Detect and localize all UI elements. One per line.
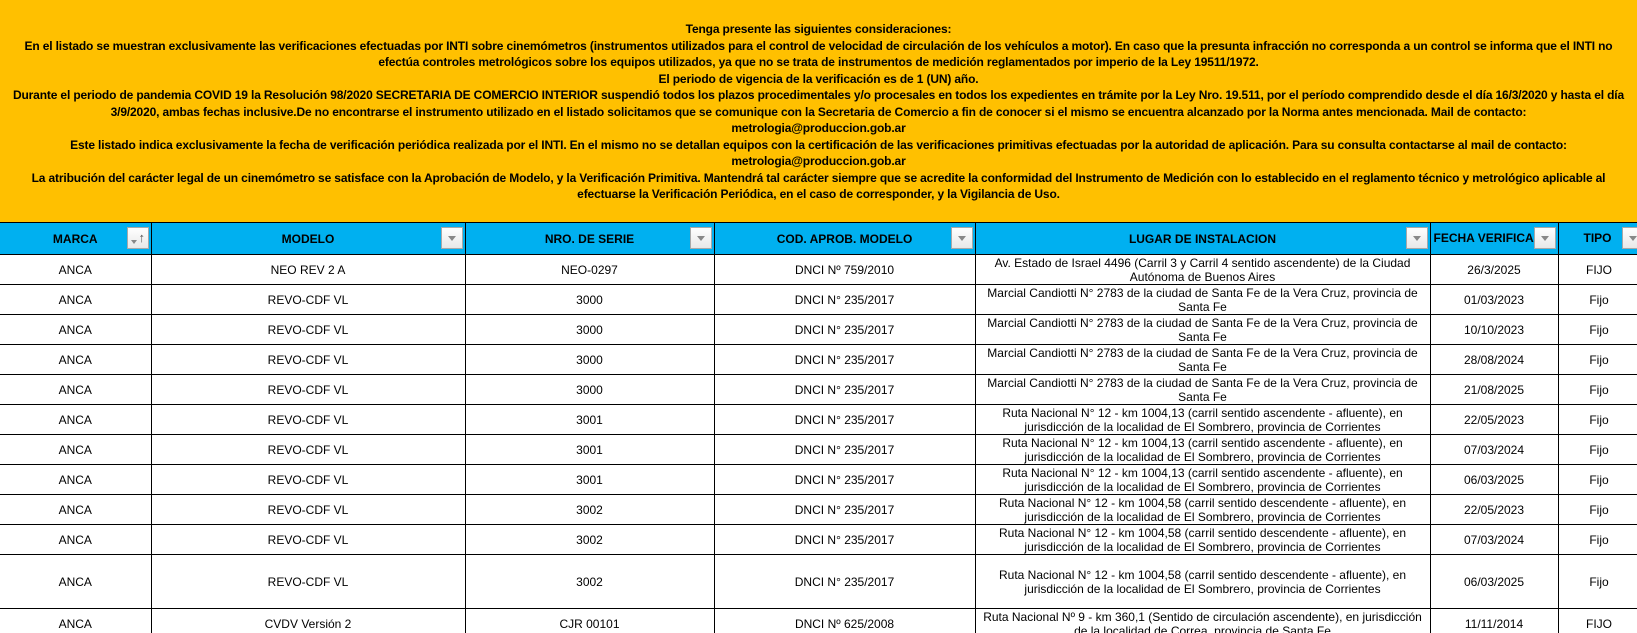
dropdown-arrow-icon (697, 236, 705, 241)
cell-fecha[interactable]: 21/08/2025 (1430, 375, 1558, 405)
cell-nro-serie[interactable]: 3000 (465, 375, 714, 405)
cell-lugar[interactable]: Ruta Nacional N° 12 - km 1004,58 (carril… (975, 555, 1430, 609)
notice-title: Tenga presente las siguientes considerac… (0, 21, 1637, 38)
filter-button-nro-serie[interactable] (690, 227, 712, 249)
cell-tipo[interactable]: Fijo (1558, 495, 1637, 525)
table-row[interactable]: ANCAREVO-CDF VL3000DNCI N° 235/2017Marci… (0, 285, 1637, 315)
cell-cod-aprob[interactable]: DNCI Nº 759/2010 (714, 255, 975, 285)
cell-tipo[interactable]: Fijo (1558, 555, 1637, 609)
cell-lugar[interactable]: Ruta Nacional Nº 9 - km 360,1 (Sentido d… (975, 609, 1430, 633)
cell-cod-aprob[interactable]: DNCI Nº 625/2008 (714, 609, 975, 633)
cell-nro-serie[interactable]: 3002 (465, 525, 714, 555)
verifications-table: MARCA ↑ MODELO NRO. DE SERIE COD. APROB.… (0, 222, 1637, 633)
notice-scope-text: En el listado se muestran exclusivamente… (0, 38, 1637, 71)
header-row: MARCA ↑ MODELO NRO. DE SERIE COD. APROB.… (0, 223, 1637, 255)
filter-button-tipo[interactable] (1622, 227, 1637, 249)
table-row[interactable]: ANCAREVO-CDF VL3001DNCI N° 235/2017Ruta … (0, 405, 1637, 435)
cell-fecha[interactable]: 28/08/2024 (1430, 345, 1558, 375)
cell-fecha[interactable]: 10/10/2023 (1430, 315, 1558, 345)
notice-validity-text: El periodo de vigencia de la verificació… (0, 71, 1637, 88)
cell-nro-serie[interactable]: NEO-0297 (465, 255, 714, 285)
filter-button-fecha[interactable] (1534, 227, 1556, 249)
table-row[interactable]: ANCANEO REV 2 ANEO-0297DNCI Nº 759/2010A… (0, 255, 1637, 285)
cell-nro-serie[interactable]: 3002 (465, 495, 714, 525)
cell-modelo[interactable]: REVO-CDF VL (151, 465, 465, 495)
cell-marca[interactable]: ANCA (0, 555, 151, 609)
cell-cod-aprob[interactable]: DNCI N° 235/2017 (714, 405, 975, 435)
cell-marca[interactable]: ANCA (0, 609, 151, 633)
table-row[interactable]: ANCACVDV Versión 2CJR 00101DNCI Nº 625/2… (0, 609, 1637, 633)
cell-nro-serie[interactable]: 3001 (465, 465, 714, 495)
table-row[interactable]: ANCAREVO-CDF VL3002DNCI N° 235/2017Ruta … (0, 525, 1637, 555)
notice-legal-text: La atribución del carácter legal de un c… (0, 170, 1637, 203)
cell-tipo[interactable]: FIJO (1558, 255, 1637, 285)
cell-modelo[interactable]: REVO-CDF VL (151, 375, 465, 405)
cell-marca[interactable]: ANCA (0, 375, 151, 405)
column-header-fecha[interactable]: FECHA VERIFICAC (1430, 223, 1558, 255)
column-header-cod-aprob[interactable]: COD. APROB. MODELO (714, 223, 975, 255)
dropdown-arrow-icon (1413, 236, 1421, 241)
sort-filter-button-marca[interactable]: ↑ (127, 227, 149, 249)
filter-button-cod-aprob[interactable] (951, 227, 973, 249)
cell-tipo[interactable]: Fijo (1558, 525, 1637, 555)
cell-modelo[interactable]: REVO-CDF VL (151, 345, 465, 375)
header-label: NRO. DE SERIE (545, 232, 634, 246)
cell-modelo[interactable]: CVDV Versión 2 (151, 609, 465, 633)
column-header-nro-serie[interactable]: NRO. DE SERIE (465, 223, 714, 255)
cell-tipo[interactable]: Fijo (1558, 405, 1637, 435)
cell-marca[interactable]: ANCA (0, 315, 151, 345)
cell-nro-serie[interactable]: 3000 (465, 315, 714, 345)
cell-marca[interactable]: ANCA (0, 495, 151, 525)
cell-nro-serie[interactable]: 3001 (465, 405, 714, 435)
cell-lugar[interactable]: Ruta Nacional N° 12 - km 1004,13 (carril… (975, 405, 1430, 435)
dropdown-arrow-icon (131, 240, 137, 244)
cell-lugar[interactable]: Ruta Nacional N° 12 - km 1004,13 (carril… (975, 465, 1430, 495)
cell-modelo[interactable]: NEO REV 2 A (151, 255, 465, 285)
cell-modelo[interactable]: REVO-CDF VL (151, 315, 465, 345)
table-row[interactable]: ANCAREVO-CDF VL3002DNCI N° 235/2017Ruta … (0, 555, 1637, 609)
header-label: TIPO (1583, 231, 1611, 245)
table-row[interactable]: ANCAREVO-CDF VL3001DNCI N° 235/2017Ruta … (0, 465, 1637, 495)
cell-cod-aprob[interactable]: DNCI N° 235/2017 (714, 375, 975, 405)
table-body: ANCANEO REV 2 ANEO-0297DNCI Nº 759/2010A… (0, 255, 1637, 633)
dropdown-arrow-icon (1629, 236, 1637, 241)
cell-lugar[interactable]: Marcial Candiotti N° 2783 de la ciudad d… (975, 345, 1430, 375)
filter-button-lugar[interactable] (1406, 227, 1428, 249)
cell-cod-aprob[interactable]: DNCI N° 235/2017 (714, 315, 975, 345)
cell-tipo[interactable]: Fijo (1558, 465, 1637, 495)
cell-fecha[interactable]: 06/03/2025 (1430, 465, 1558, 495)
dropdown-arrow-icon (958, 236, 966, 241)
cell-tipo[interactable]: Fijo (1558, 315, 1637, 345)
cell-modelo[interactable]: REVO-CDF VL (151, 285, 465, 315)
cell-tipo[interactable]: Fijo (1558, 375, 1637, 405)
cell-marca[interactable]: ANCA (0, 345, 151, 375)
cell-cod-aprob[interactable]: DNCI N° 235/2017 (714, 285, 975, 315)
column-header-marca[interactable]: MARCA ↑ (0, 223, 151, 255)
cell-lugar[interactable]: Ruta Nacional N° 12 - km 1004,58 (carril… (975, 495, 1430, 525)
header-label: MARCA (53, 232, 98, 246)
cell-fecha[interactable]: 11/11/2014 (1430, 609, 1558, 633)
table-row[interactable]: ANCAREVO-CDF VL3000DNCI N° 235/2017Marci… (0, 345, 1637, 375)
dropdown-arrow-icon (448, 236, 456, 241)
cell-cod-aprob[interactable]: DNCI N° 235/2017 (714, 345, 975, 375)
notice-covid-text: Durante el periodo de pandemia COVID 19 … (0, 87, 1637, 120)
cell-modelo[interactable]: REVO-CDF VL (151, 555, 465, 609)
cell-lugar[interactable]: Marcial Candiotti N° 2783 de la ciudad d… (975, 375, 1430, 405)
dropdown-arrow-icon (1541, 236, 1549, 241)
table-row[interactable]: ANCAREVO-CDF VL3000DNCI N° 235/2017Marci… (0, 315, 1637, 345)
cell-fecha[interactable]: 06/03/2025 (1430, 555, 1558, 609)
cell-tipo[interactable]: Fijo (1558, 435, 1637, 465)
cell-marca[interactable]: ANCA (0, 255, 151, 285)
cell-tipo[interactable]: Fijo (1558, 345, 1637, 375)
header-label: MODELO (282, 232, 335, 246)
cell-tipo[interactable]: Fijo (1558, 285, 1637, 315)
cell-fecha[interactable]: 01/03/2023 (1430, 285, 1558, 315)
cell-nro-serie[interactable]: 3001 (465, 435, 714, 465)
header-label: FECHA VERIFICAC (1434, 231, 1543, 245)
cell-marca[interactable]: ANCA (0, 405, 151, 435)
cell-fecha[interactable]: 22/05/2023 (1430, 495, 1558, 525)
cell-lugar[interactable]: Ruta Nacional N° 12 - km 1004,13 (carril… (975, 435, 1430, 465)
cell-marca[interactable]: ANCA (0, 525, 151, 555)
cell-lugar[interactable]: Marcial Candiotti N° 2783 de la ciudad d… (975, 285, 1430, 315)
column-header-modelo[interactable]: MODELO (151, 223, 465, 255)
cell-nro-serie[interactable]: 3000 (465, 345, 714, 375)
cell-fecha[interactable]: 22/05/2023 (1430, 405, 1558, 435)
filter-button-modelo[interactable] (441, 227, 463, 249)
cell-lugar[interactable]: Ruta Nacional N° 12 - km 1004,58 (carril… (975, 525, 1430, 555)
cell-tipo[interactable]: FIJO (1558, 609, 1637, 633)
cell-cod-aprob[interactable]: DNCI N° 235/2017 (714, 465, 975, 495)
cell-marca[interactable]: ANCA (0, 465, 151, 495)
table-row[interactable]: ANCAREVO-CDF VL3002DNCI N° 235/2017Ruta … (0, 495, 1637, 525)
cell-modelo[interactable]: REVO-CDF VL (151, 435, 465, 465)
cell-modelo[interactable]: REVO-CDF VL (151, 495, 465, 525)
cell-cod-aprob[interactable]: DNCI N° 235/2017 (714, 495, 975, 525)
cell-nro-serie[interactable]: 3002 (465, 555, 714, 609)
header-label: COD. APROB. MODELO (777, 232, 913, 246)
cell-fecha[interactable]: 07/03/2024 (1430, 525, 1558, 555)
cell-marca[interactable]: ANCA (0, 435, 151, 465)
sort-ascending-icon: ↑ (139, 232, 146, 244)
column-header-tipo[interactable]: TIPO (1558, 223, 1637, 255)
cell-cod-aprob[interactable]: DNCI N° 235/2017 (714, 555, 975, 609)
cell-modelo[interactable]: REVO-CDF VL (151, 405, 465, 435)
cell-cod-aprob[interactable]: DNCI N° 235/2017 (714, 435, 975, 465)
notice-banner: Tenga presente las siguientes considerac… (0, 0, 1637, 222)
cell-lugar[interactable]: Av. Estado de Israel 4496 (Carril 3 y Ca… (975, 255, 1430, 285)
cell-fecha[interactable]: 07/03/2024 (1430, 435, 1558, 465)
cell-nro-serie[interactable]: CJR 00101 (465, 609, 714, 633)
column-header-lugar[interactable]: LUGAR DE INSTALACION (975, 223, 1430, 255)
header-label: LUGAR DE INSTALACION (1129, 232, 1276, 246)
table-row[interactable]: ANCAREVO-CDF VL3000DNCI N° 235/2017Marci… (0, 375, 1637, 405)
cell-lugar[interactable]: Marcial Candiotti N° 2783 de la ciudad d… (975, 315, 1430, 345)
cell-marca[interactable]: ANCA (0, 285, 151, 315)
table-row[interactable]: ANCAREVO-CDF VL3001DNCI N° 235/2017Ruta … (0, 435, 1637, 465)
notice-contact-email: metrologia@produccion.gob.ar (0, 120, 1637, 137)
cell-modelo[interactable]: REVO-CDF VL (151, 525, 465, 555)
cell-nro-serie[interactable]: 3000 (465, 285, 714, 315)
cell-fecha[interactable]: 26/3/2025 (1430, 255, 1558, 285)
notice-periodic-text: Este listado indica exclusivamente la fe… (0, 137, 1637, 154)
notice-contact-email-2: metrologia@produccion.gob.ar (0, 153, 1637, 170)
cell-cod-aprob[interactable]: DNCI N° 235/2017 (714, 525, 975, 555)
